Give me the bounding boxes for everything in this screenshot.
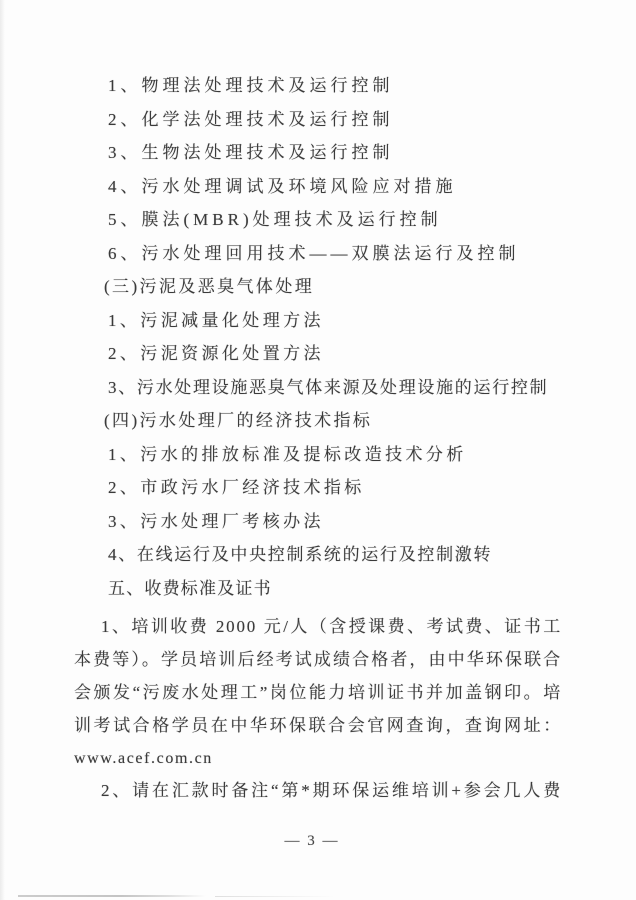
course-item-line: 2、市政污水厂经济技术指标: [74, 471, 562, 505]
scan-line-artifact: [215, 896, 335, 897]
paragraph-line: 2、请在汇款时备注“第*期环保运维培训+参会几人费: [74, 775, 562, 808]
course-item-line: 1、物理法处理技术及运行控制: [74, 69, 562, 103]
course-item-line: 2、化学法处理技术及运行控制: [74, 103, 562, 137]
course-item-line: 2、污泥资源化处置方法: [74, 337, 562, 371]
fees-paragraph: 1、培训收费 2000 元/人（含授课费、考试费、证书工 本费等）。学员培训后经…: [74, 611, 562, 808]
course-item-line: 1、污泥减量化处理方法: [74, 304, 562, 338]
paragraph-line: 本费等）。学员培训后经考试成绩合格者，由中华环保联合: [74, 644, 562, 677]
scan-edge-artifact: [0, 0, 5, 900]
section-heading-line: (四)污水处理厂的经济技术指标: [74, 404, 562, 438]
course-outline-list: 1、物理法处理技术及运行控制 2、化学法处理技术及运行控制 3、生物法处理技术及…: [74, 69, 562, 605]
course-item-line: 3、污水处理设施恶臭气体来源及处理设施的运行控制: [74, 371, 562, 405]
course-item-line: 3、污水处理厂考核办法: [74, 505, 562, 539]
scan-line-artifact: [18, 895, 206, 897]
section-heading-line: (三)污泥及恶臭气体处理: [74, 270, 562, 304]
page-number: — 3 —: [0, 833, 630, 850]
section-heading-line: 五、收费标准及证书: [74, 572, 562, 606]
paragraph-line: 1、培训收费 2000 元/人（含授课费、考试费、证书工: [74, 611, 562, 644]
course-item-line: 3、生物法处理技术及运行控制: [74, 136, 562, 170]
course-item-line: 4、在线运行及中央控制系统的运行及控制激转: [74, 538, 562, 572]
course-item-line: 1、污水的排放标准及提标改造技术分析: [74, 438, 562, 472]
course-item-line: 4、污水处理调试及环境风险应对措施: [74, 170, 562, 204]
paragraph-line: 会颁发“污废水处理工”岗位能力培训证书并加盖钢印。培: [74, 677, 562, 710]
website-url-text: www.acef.com.cn: [74, 743, 562, 776]
course-item-line: 5、膜法(MBR)处理技术及运行控制: [74, 203, 562, 237]
course-item-line: 6、污水处理回用技术——双膜法运行及控制: [74, 237, 562, 271]
paragraph-line: 训考试合格学员在中华环保联合会官网查询，查询网址：: [74, 710, 562, 743]
scanned-document-page: 1、物理法处理技术及运行控制 2、化学法处理技术及运行控制 3、生物法处理技术及…: [0, 0, 636, 900]
